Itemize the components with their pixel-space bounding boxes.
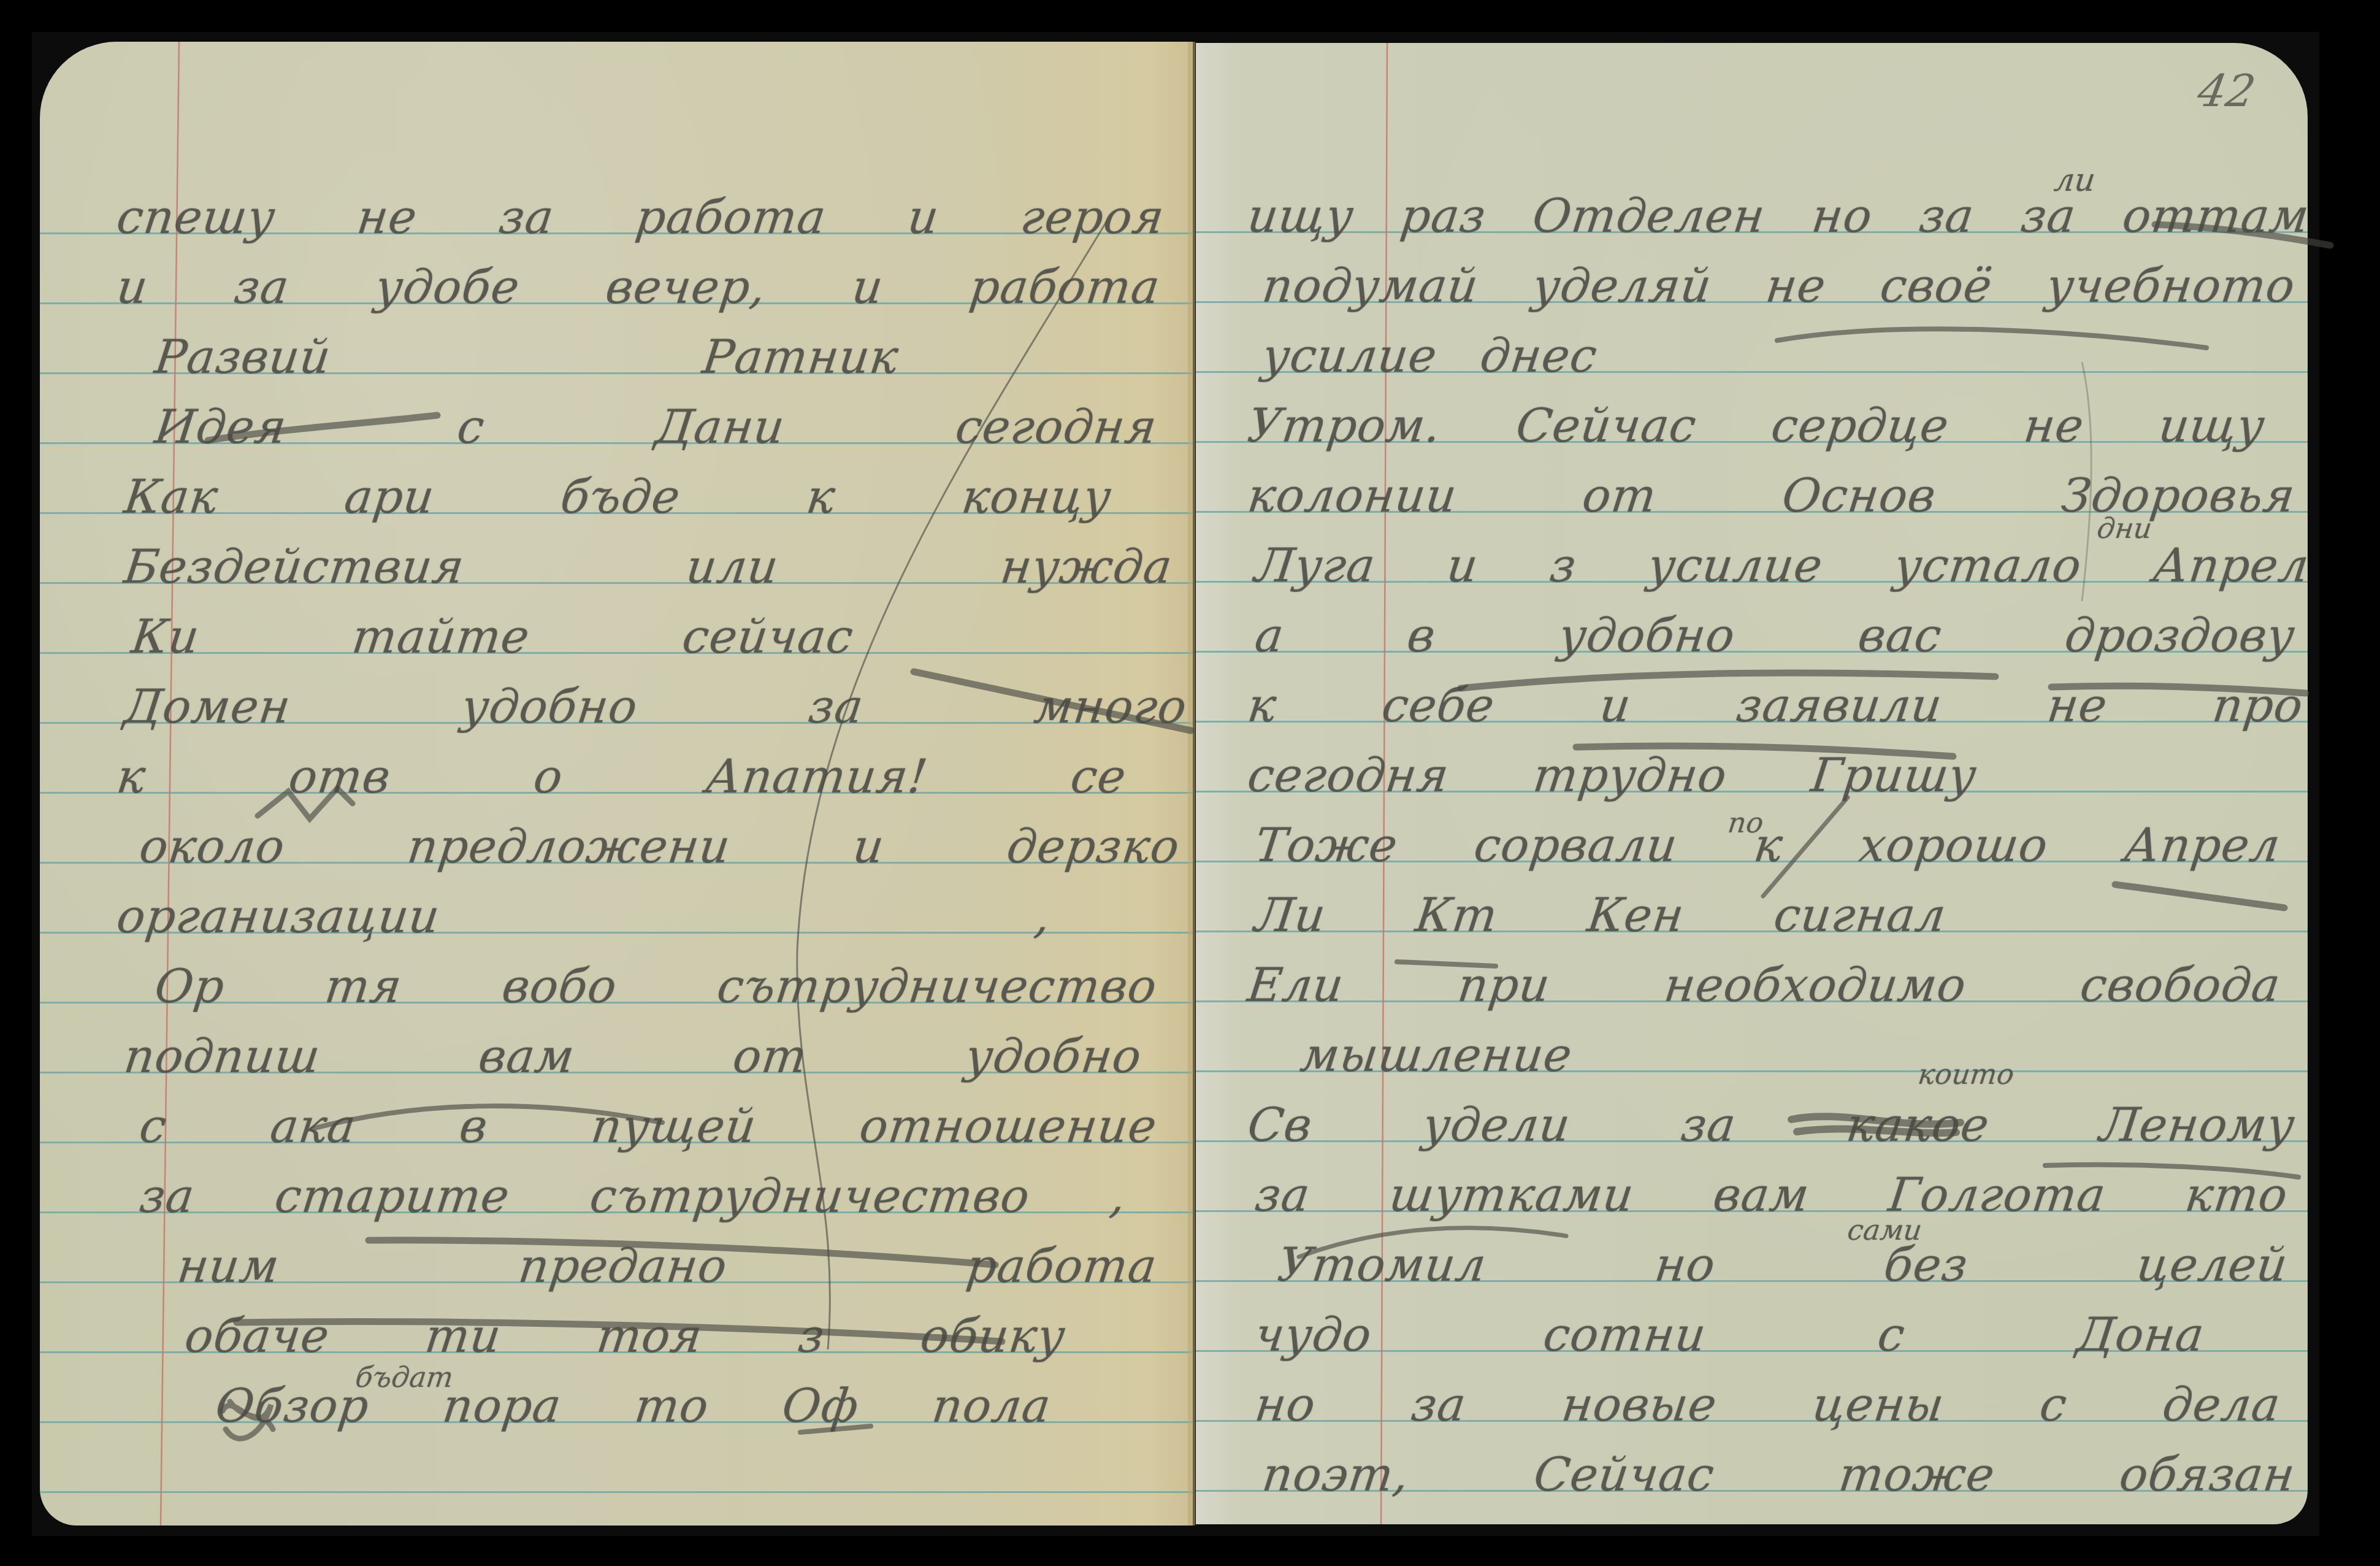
handwritten-line: Бездействия или нужда [121,543,1175,593]
handwritten-line: но за новые цены с дела [1252,1381,2283,1430]
handwritten-line: подпиш вам от удобно [121,1033,1144,1082]
handwritten-line: усилие днес [1260,332,1600,382]
handwritten-line: Ели при необходимо свобода [1245,962,2283,1011]
handwritten-line: Тоже сорвали к хорошо Апрел [1252,822,2283,871]
handwritten-insertion: които [1916,1060,2016,1088]
handwritten-line: Как ари бъде к концу [121,474,1114,523]
handwritten-insertion: ли [2053,164,2097,196]
handwritten-line: организации , [114,893,1054,942]
handwritten-line: Идея с Дани сегодня [152,404,1160,453]
handwritten-line: ищу раз Отделен но за за оттам [1245,193,2312,242]
handwritten-line: около предложени и дерзко [137,823,1182,872]
handwritten-line: спешу не за работа и героя [114,194,1167,243]
handwritten-line: Ор тя вобо сътрудничество [152,963,1160,1012]
handwritten-line: Обзор пора то Оф пола [213,1383,1054,1432]
handwritten-line: Св удели за какое Леному [1245,1102,2298,1151]
handwritten-insertion: по [1726,808,1765,837]
handwritten-line: Развий Ратник [152,334,901,383]
handwritten-line: Ли Кт Кен сигнал [1252,892,1949,941]
page-number: 42 [2195,69,2259,113]
handwritten-line: Утром. Сейчас сердце не ищу [1245,402,2268,451]
handwritten-line: Ки тайте сейчас [129,613,856,662]
handwritten-line: а в удобно вас дроздову [1252,612,2298,661]
handwritten-line: к себе и заявили не про [1245,682,2306,731]
handwritten-line: сегодня трудно Гришу [1245,752,1980,801]
handwritten-line: с ака в пущей отношение [137,1103,1160,1152]
handwritten-line: мышление [1298,1032,1797,1081]
handwritten-line: за старите сътрудничество , [137,1173,1129,1222]
handwritten-line: обаче ти тоя з обику [182,1313,1068,1362]
handwritten-insertion: сами [1846,1216,1924,1244]
handwritten-line: ним предано работа [175,1243,1160,1292]
handwritten-insertion: бъдат [354,1363,455,1391]
handwritten-line: поэт, Сейчас тоже обязан [1260,1451,2298,1500]
handwritten-line: Луга и з усилие устало Апрел [1252,542,2312,591]
handwritten-insertion: дни [2095,514,2154,542]
handwritten-line: и за удобе вечер, и работа [114,264,1163,313]
handwritten-line: к отв о Апатия! се [114,753,1129,802]
handwritten-line: за шутками вам Голгота кто [1252,1172,2290,1221]
handwritten-line: подумай уделяй не своё учебното [1260,263,2298,312]
handwritten-line: Утомил но без целей [1275,1242,2290,1291]
handwritten-line: Домен удобно за много [121,683,1190,732]
handwritten-line: чудо сотни с Дона [1252,1311,2207,1361]
